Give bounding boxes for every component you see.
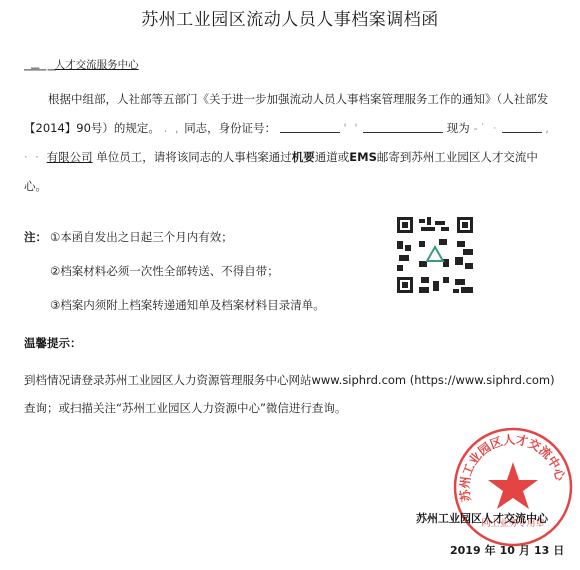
bold-jiyao: 机要 [292,150,315,164]
note-text-3: ③档案内须附上档案转递通知单及档案材料目录清单。 [50,298,325,312]
tips-text: 到档情况请登录苏州工业园区人力资源管理服务中心网站www.siphrd.com … [24,366,564,422]
official-seal-icon: 苏州工业园区人才交流中心 网上业务专用章 [452,426,574,548]
signature-org: 苏州工业园区人才交流中心 [416,510,548,526]
redacted-id-1 [280,119,340,133]
note-item-3: ③档案内须附上档案转递通知单及档案材料目录清单。 [24,295,325,329]
note-item-2: ②档案材料必须一次性全部转送、不得自带； [24,261,325,295]
qr-code-icon [397,217,473,297]
tips-heading: 温馨提示： [24,335,82,351]
redacted-id-gap: ' ' [344,121,360,135]
date-year-unit: 年 [485,544,496,557]
note-text-2: ②档案材料必须一次性全部转送、不得自带； [50,264,279,278]
date-year: 2019 [450,544,481,557]
bold-ems: EMS [349,150,377,164]
date-month: 10 [500,544,515,557]
body-text-e: 通道或 [315,150,350,164]
redacted-id-2 [363,119,443,133]
date-day: 13 [534,544,549,557]
signature-date: 2019年10月13日 [448,542,566,558]
document-title: 苏州工业园区流动人员人事档案调档函 [0,5,580,30]
body-text-b: 同志，身份证号： [184,121,276,135]
redacted-name: . , [164,121,181,135]
notes-section: 注：①本函自发出之日起三个月内有效； ②档案材料必须一次性全部转送、不得自带； … [24,227,325,329]
date-day-unit: 日 [553,544,564,557]
recipient-line: ▁▂▁ ▁人才交流服务中心 [24,57,139,72]
redacted-company-line [502,119,542,133]
company-suffix: 有限公司 [47,150,93,164]
redacted-company: -˙ ᐧ [473,121,498,135]
body-text-c: 现为 [447,121,470,135]
note-text-1: ①本函自发出之日起三个月内有效； [50,230,233,244]
note-item-1: 注：①本函自发出之日起三个月内有效； [24,227,325,261]
date-month-unit: 月 [519,544,530,557]
recipient-name: 人才交流服务中心 [55,59,139,71]
notes-label: 注： [24,227,50,247]
redacted-text: ▁▂▁ ▁ [24,59,55,71]
body-paragraph: 根据中组部，人社部等五部门《关于进一步加强流动人员人事档案管理服务工作的通知》（… [24,85,554,201]
body-text-d: 单位员工，请将该同志的人事档案通过 [96,150,292,164]
